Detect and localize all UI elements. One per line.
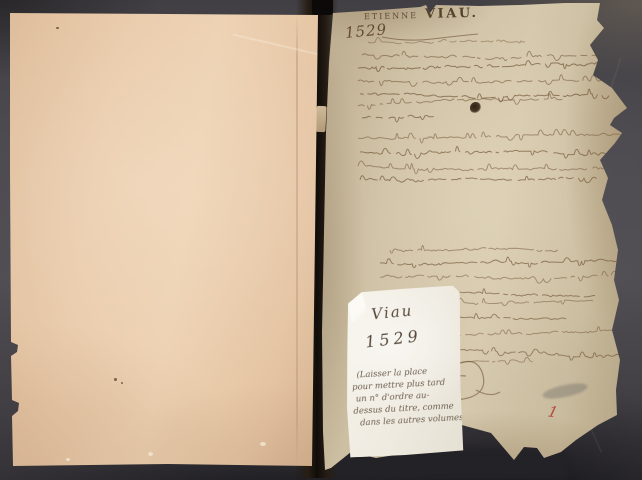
- year-flourish-stroke: [382, 34, 478, 40]
- script-line: [450, 357, 533, 364]
- script-line: [362, 115, 439, 122]
- scanned-register-photo: Etienne Viau. 1529 1 Viau 1529 (Laisser …: [0, 0, 642, 480]
- note-year: 1529: [364, 326, 423, 351]
- script-line: [455, 325, 628, 335]
- script-line: [360, 147, 628, 159]
- archivist-note: Viau 1529 (Laisser la place pour mettre …: [341, 285, 465, 457]
- paper-speck: [56, 27, 59, 29]
- script-line: [362, 51, 621, 60]
- script-line: [440, 298, 593, 305]
- left-page-diagonal-crease: [233, 34, 323, 57]
- left-blank-page: [8, 12, 318, 468]
- script-line: [358, 161, 624, 174]
- header-first-name: Etienne: [364, 11, 418, 21]
- left-page-vertical-crease: [296, 12, 298, 468]
- script-line: [358, 129, 620, 143]
- script-line: [445, 313, 570, 319]
- script-line: [380, 257, 626, 268]
- script-line: [358, 75, 615, 87]
- note-body: (Laisser la place pour mettre plus tard …: [351, 364, 458, 430]
- script-line: [360, 89, 609, 102]
- header-last-name: Viau.: [425, 6, 479, 22]
- paper-fleck: [66, 458, 70, 461]
- paper-speck: [121, 382, 123, 384]
- script-line: [390, 245, 563, 253]
- script-line: [358, 61, 622, 72]
- script-line: [360, 176, 597, 183]
- paper-fleck: [260, 442, 266, 446]
- script-line: [358, 94, 562, 110]
- spine-stitch-guard: [315, 106, 326, 132]
- spine-headband: [312, 0, 333, 15]
- paper-speck: [114, 378, 117, 381]
- note-name: Viau: [371, 301, 415, 323]
- page-year: 1529: [344, 20, 388, 42]
- script-line: [440, 343, 627, 360]
- paper-fleck: [148, 452, 153, 456]
- script-line: [380, 271, 621, 283]
